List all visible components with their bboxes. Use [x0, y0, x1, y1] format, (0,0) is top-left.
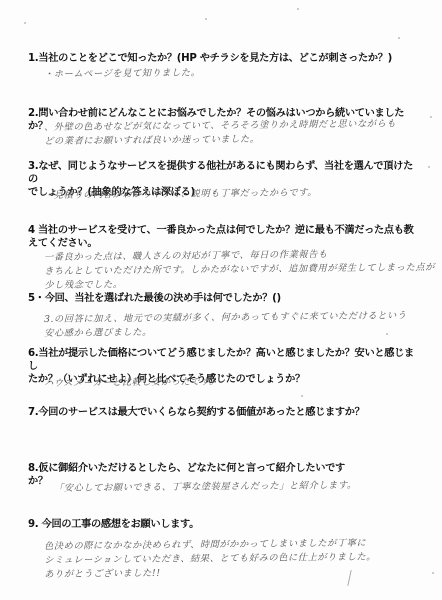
answer-6: ハウスメーカーと比較し安かったです。 — [44, 373, 414, 391]
question-text: 当社のサービスを受けて、一番良かった点は何でしたか？逆に最も不満だった点も教 — [38, 225, 414, 236]
question-number: 3. — [28, 161, 38, 172]
question-5: 5・今回、当社を選ばれた最後の決め手は何でしたか？() — [28, 292, 420, 305]
scan-speck — [24, 22, 26, 24]
answer-line: ハウスメーカーと比較し安かったです。 — [44, 373, 414, 391]
answer-3: ・見積りの内容がわかりやすく、説明も丁寧だったからです。 — [44, 185, 414, 203]
question-number: 1. — [28, 53, 38, 64]
scan-speck — [428, 166, 430, 168]
answer-5: 3.の回答に加え、地元での実績が多く、何かあってもすぐに来ていただけるという 安… — [44, 309, 414, 341]
question-1: 1.当社のことをどこで知ったか？(HP やチラシを見た方は、どこが刺さったか？) — [28, 52, 420, 65]
question-number: 2. — [28, 108, 38, 119]
answer-line: ・見積りの内容がわかりやすく、説明も丁寧だったからです。 — [44, 185, 414, 203]
answer-line: 安心感から選びました。 — [44, 323, 414, 341]
question-9: 9. 今回の工事の感想をお願いします。 — [28, 518, 420, 531]
scan-speck — [386, 333, 388, 335]
question-number: 6. — [28, 348, 38, 359]
question-7: 7.今回のサービスは最大でいくらなら契約する価値があったと感じますか？ — [28, 406, 420, 419]
question-text: なぜ、同じようなサービスを提供する他社があるにも関わらず、当社を選んで頂けたの — [28, 161, 413, 185]
scan-speck — [430, 116, 432, 118]
answer-line: 少し残念でした。 — [44, 275, 414, 293]
question-text: 今回の工事の感想をお願いします。 — [42, 519, 199, 530]
answer-4: 一番良かった点は、職人さんの対応が丁寧で、毎日の作業報告も きちんとしていただけ… — [44, 247, 414, 293]
scan-speck — [432, 572, 434, 574]
answer-line: ありがとうございました!! — [44, 564, 414, 582]
question-text: 今回、当社を選ばれた最後の決め手は何でしたか？() — [45, 293, 281, 304]
answer-1: ・ホームページを見て知りました。 — [44, 64, 414, 82]
question-number: 4 — [28, 225, 35, 236]
survey-page: 1.当社のことをどこで知ったか？(HP やチラシを見た方は、どこが刺さったか？)… — [0, 0, 442, 600]
question-text: 当社が提示した価格についてどう感じましたか？高いと感じましたか？安いと感じまし — [28, 348, 414, 372]
answer-line: ・ホームページを見て知りました。 — [44, 64, 414, 82]
question-number: 8. — [28, 463, 38, 474]
question-number: 9. — [28, 519, 38, 530]
question-text: 当社のことをどこで知ったか？(HP やチラシを見た方は、どこが刺さったか？) — [38, 53, 392, 64]
answer-2: 、外壁の色あせなどが気になっていて、そろそろ塗りかえ時期だと思いながらも どの業… — [44, 117, 414, 149]
question-text: 仮に御紹介いただけるとしたら、どなたに何と言って紹介したいです — [38, 463, 345, 474]
scan-speck — [398, 37, 400, 39]
answer-9: 色決めの際になかなか決められず、時間がかかってしまいましたが丁寧に シミュレーシ… — [44, 536, 414, 582]
scan-speck — [297, 8, 299, 10]
answer-8: 「安心してお願いできる、丁寧な塗装屋さんだった」と紹介します。 — [54, 478, 424, 496]
answer-line: どの業者にお願いすれば良いか迷っていました。 — [44, 131, 414, 149]
question-4: 4 当社のサービスを受けて、一番良かった点は何でしたか？逆に最も不満だった点も教… — [28, 224, 420, 250]
question-text: 今回のサービスは最大でいくらなら契約する価値があったと感じますか？ — [38, 407, 364, 418]
answer-line: 「安心してお願いできる、丁寧な塗装屋さんだった」と紹介します。 — [54, 478, 424, 496]
question-number: 5・ — [28, 293, 45, 304]
question-number: 7. — [28, 407, 38, 418]
scan-speck — [205, 18, 207, 20]
scan-speck — [301, 395, 303, 397]
